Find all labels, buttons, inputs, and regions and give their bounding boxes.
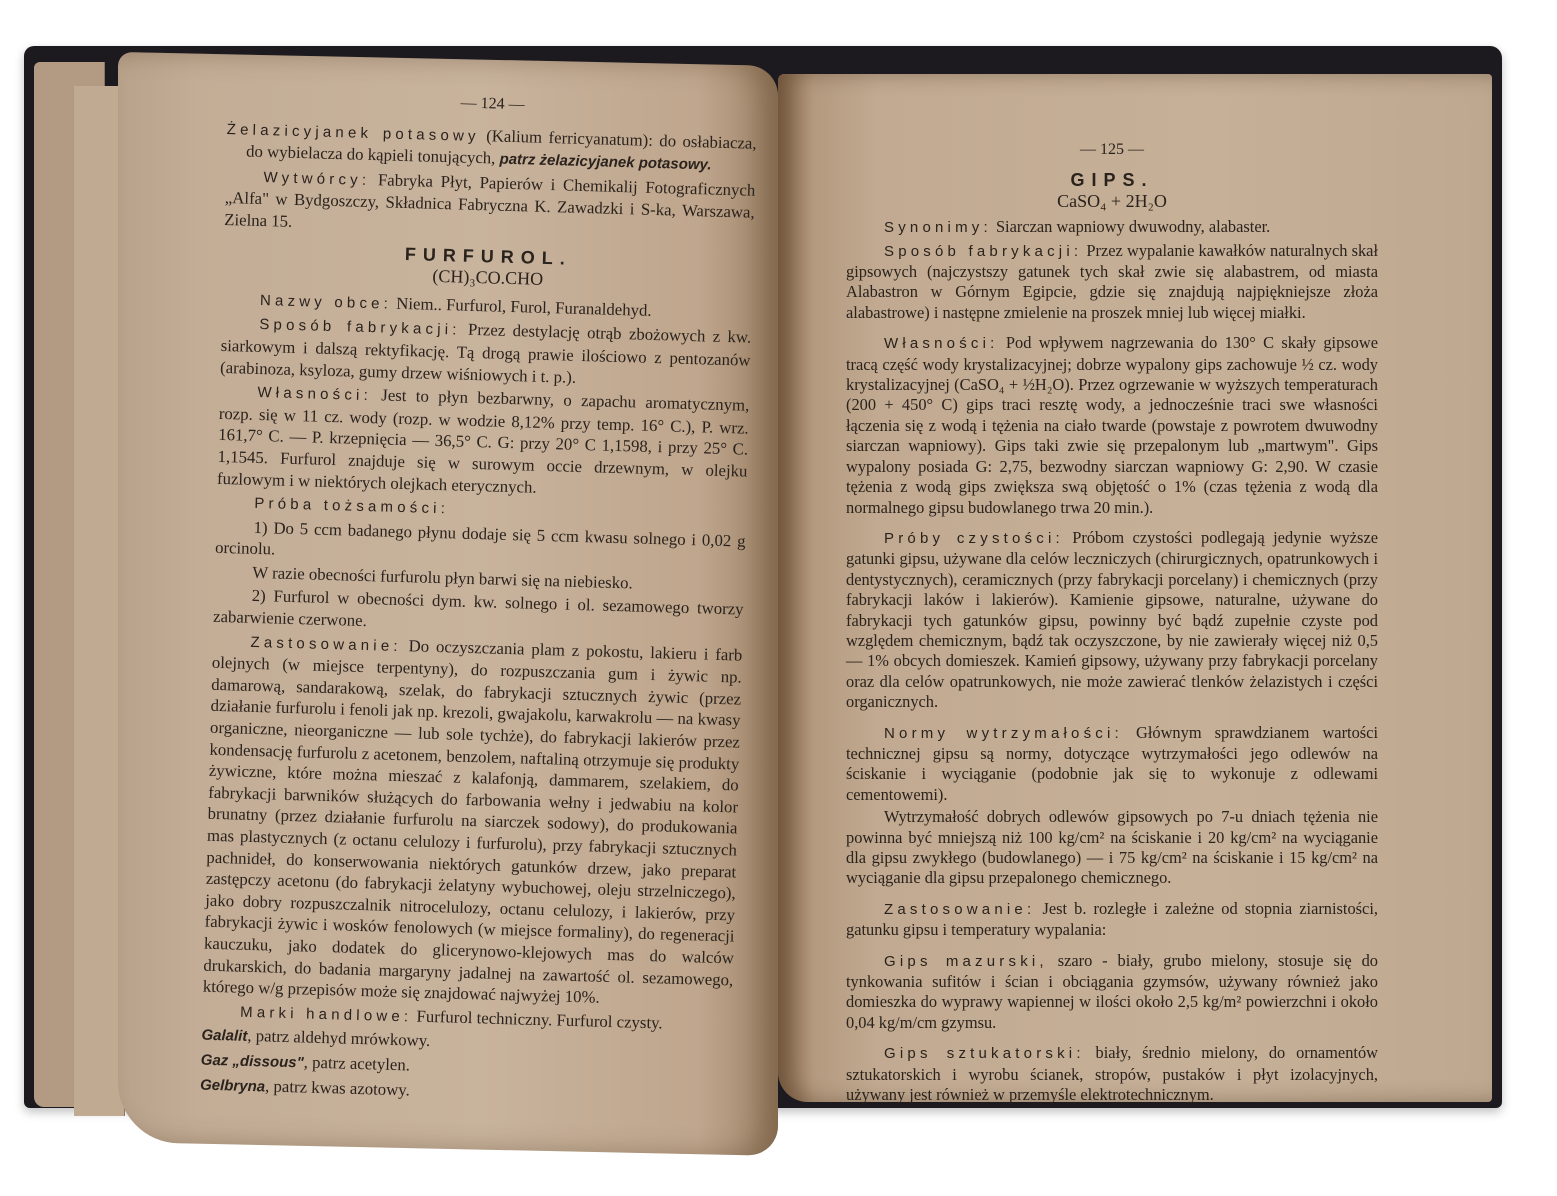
purity-tests: Próby czystości: Próbom czystości podleg… <box>846 528 1378 713</box>
properties: Własności: Jest to płyn bezbarwny, o zap… <box>217 380 750 504</box>
strength-norms: Normy wytrzymałości: Głównym sprawdziane… <box>846 723 1378 806</box>
entry-term: Żelazicyjanek potasowy <box>227 121 480 145</box>
gips-sztukatorski: Gips sztukatorski: biały, średnio mielon… <box>846 1043 1378 1105</box>
page-number-125: — 125 — <box>846 140 1378 160</box>
entry-title-gips: GIPS. <box>846 170 1378 190</box>
usage: Zastosowanie: Do oczyszczania plam z pok… <box>203 629 743 1012</box>
producers: Wytwórcy: Fabryka Płyt, Papierów i Chemi… <box>224 165 756 246</box>
see-reference: patrz żelazicyjanek potasowy. <box>499 151 711 174</box>
left-page-content: — 124 — Żelazicyjanek potasowy (Kalium f… <box>200 86 758 1113</box>
formula-gips: CaSO₄ + 2H₂O <box>846 191 1378 211</box>
gips-mazurski: Gips mazurski, szaro - biały, grubo miel… <box>846 951 1378 1034</box>
synonyms: Synonimy: Siarczan wapniowy dwuwodny, al… <box>846 217 1378 238</box>
usage: Zastosowanie: Jest b. rozległe i zależne… <box>846 899 1378 941</box>
fabrication-method: Sposób fabrykacji: Przez destylację otrą… <box>220 312 752 393</box>
fabrication-method: Sposób fabrykacji: Przez wypalanie kawał… <box>846 241 1378 324</box>
strength-values: Wytrzymałość dobrych odlewów gipsowych p… <box>846 807 1378 889</box>
properties: Własności: Pod wpływem nagrzewania do 13… <box>846 333 1378 518</box>
right-page-content: — 125 — GIPS. CaSO₄ + 2H₂O Synonimy: Sia… <box>846 140 1378 1107</box>
